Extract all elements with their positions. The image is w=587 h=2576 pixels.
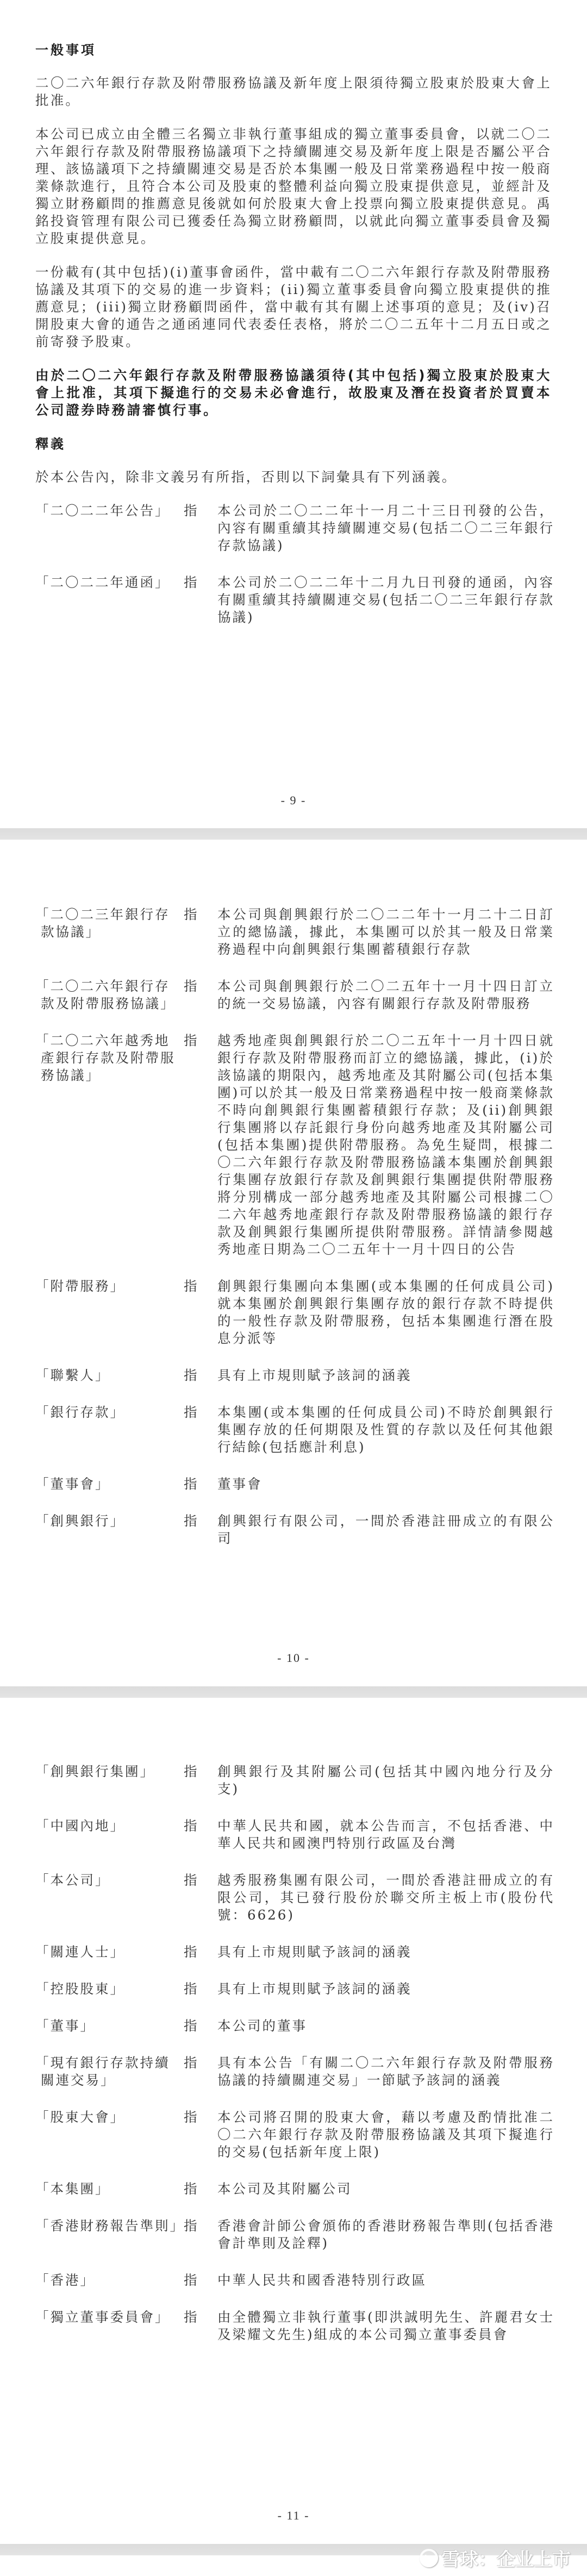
definition-text: 本公司與創興銀行於二〇二五年十一月十四日訂立的統一交易協議，內容有關銀行存款及附… <box>217 978 554 1012</box>
definition-row: 「香港」 指 中華人民共和國香港特別行政區 <box>35 2272 552 2289</box>
page-divider <box>0 1686 587 1698</box>
definition-term-text: 「二〇二二年公告」 <box>35 502 181 520</box>
document-page-11: 「創興銀行集團」 指 創興銀行及其附屬公司(包括其中國內地分行及分支) 「中國內… <box>0 1698 587 2544</box>
definition-row: 「銀行存款」 指 本集團(或本集團的任何成員公司)不時於創興銀行集團存放的任何期… <box>35 1404 552 1456</box>
definition-means: 指 <box>181 2217 217 2252</box>
definition-text: 具有上市規則賦予該詞的涵義 <box>217 1943 554 1961</box>
definition-row: 「董事會」 指 董事會 <box>35 1475 552 1493</box>
definition-term: 「中國內地」 <box>35 1817 181 1852</box>
definition-term-text: 「中國內地」 <box>35 1817 181 1835</box>
definition-row: 「中國內地」 指 中華人民共和國，就本公告而言，不包括香港、中華人民共和國澳門特… <box>35 1817 552 1852</box>
definition-text: 中華人民共和國香港特別行政區 <box>217 2272 554 2289</box>
definition-text: 中華人民共和國，就本公告而言，不包括香港、中華人民共和國澳門特別行政區及台灣 <box>217 1817 554 1852</box>
document-page-10: 「二〇二三年銀行存款協議」 指 本公司與創興銀行於二〇二二年十一月二十二日訂立的… <box>0 840 587 1686</box>
definition-text: 董事會 <box>217 1475 554 1493</box>
definition-row: 「現有銀行存款持續關連交易」 指 具有本公告「有關二〇二六年銀行存款及附帶服務協… <box>35 2054 552 2089</box>
definition-row: 「二〇二二年公告」 指 本公司於二〇二二年十一月二十三日刊發的公告，內容有關重續… <box>35 502 552 554</box>
definition-term: 「控股股東」 <box>35 1980 181 1998</box>
watermark-text: 雪球：企业上市 <box>441 2544 571 2571</box>
definition-term: 「二〇二六年銀行存款及附帶服務協議」 <box>35 978 181 1012</box>
paragraph-independent-board-committee: 本公司已成立由全體三名獨立非執行董事組成的獨立董事委員會，以就二〇二六年銀行存款… <box>35 126 552 247</box>
document-page-9: 一般事項 二〇二六年銀行存款及附帶服務協議及新年度上限須待獨立股東於股東大會上批… <box>0 0 587 828</box>
page-11-content: 「創興銀行集團」 指 創興銀行及其附屬公司(包括其中國內地分行及分支) 「中國內… <box>35 1763 552 2343</box>
definition-text: 香港會計師公會頒佈的香港財務報告準則(包括香港會計準則及詮釋) <box>217 2217 554 2252</box>
definition-term: 「銀行存款」 <box>35 1404 181 1456</box>
definition-row: 「本集團」 指 本公司及其附屬公司 <box>35 2180 552 2198</box>
definition-term: 「股東大會」 <box>35 2109 181 2161</box>
definition-term-text: 「創興銀行」 <box>35 1512 181 1530</box>
page-number: - 10 - <box>0 1651 587 1665</box>
definition-row: 「二〇二六年銀行存款及附帶服務協議」 指 本公司與創興銀行於二〇二五年十一月十四… <box>35 978 552 1012</box>
definition-term-text: 「二〇二二年通函」 <box>35 574 181 591</box>
watermark: 雪球：企业上市 <box>420 2544 571 2571</box>
page-9-content: 一般事項 二〇二六年銀行存款及附帶服務協議及新年度上限須待獨立股東於股東大會上批… <box>35 41 552 626</box>
definition-means: 指 <box>181 978 217 1012</box>
definition-term: 「附帶服務」 <box>35 1278 181 1347</box>
definition-means: 指 <box>181 1512 217 1547</box>
paragraph-approval-required: 二〇二六年銀行存款及附帶服務協議及新年度上限須待獨立股東於股東大會上批准。 <box>35 74 552 109</box>
definition-means: 指 <box>181 1367 217 1384</box>
definition-means: 指 <box>181 502 217 554</box>
definitions-list: 「二〇二二年公告」 指 本公司於二〇二二年十一月二十三日刊發的公告，內容有關重續… <box>35 502 552 626</box>
definition-means: 指 <box>181 2272 217 2289</box>
definition-means: 指 <box>181 2109 217 2161</box>
definition-term-text: 「香港財務報告準則」 <box>35 2217 181 2235</box>
definition-term: 「聯繫人」 <box>35 1367 181 1384</box>
definition-term-text: 「獨立董事委員會」 <box>35 2309 181 2326</box>
definition-means: 指 <box>181 1872 217 1924</box>
heading-definitions: 釋義 <box>35 435 552 453</box>
definition-row: 「創興銀行集團」 指 創興銀行及其附屬公司(包括其中國內地分行及分支) <box>35 1763 552 1798</box>
definition-row: 「股東大會」 指 本公司將召開的股東大會，藉以考慮及酌情批准二〇二六年銀行存款及… <box>35 2109 552 2161</box>
definition-term: 「創興銀行集團」 <box>35 1763 181 1798</box>
page-divider <box>0 828 587 840</box>
definition-text: 本公司與創興銀行於二〇二二年十一月二十二日訂立的總協議，據此，本集團可以於其一般… <box>217 906 554 958</box>
definition-term: 「二〇二二年公告」 <box>35 502 181 554</box>
definition-term-text: 「股東大會」 <box>35 2109 181 2126</box>
definition-term: 「本公司」 <box>35 1872 181 1924</box>
definition-text: 本集團(或本集團的任何成員公司)不時於創興銀行集團存放的任何期限及性質的存款以及… <box>217 1404 554 1456</box>
definition-term-text: 「本集團」 <box>35 2180 181 2198</box>
definition-means: 指 <box>181 2309 217 2343</box>
definitions-list: 「二〇二三年銀行存款協議」 指 本公司與創興銀行於二〇二二年十一月二十二日訂立的… <box>35 906 552 1547</box>
definition-row: 「二〇二三年銀行存款協議」 指 本公司與創興銀行於二〇二二年十一月二十二日訂立的… <box>35 906 552 958</box>
definition-term: 「二〇二六年越秀地產銀行存款及附帶服務協議」 <box>35 1032 181 1258</box>
definitions-intro: 於本公告內，除非文義另有所指，否則以下詞彙具有下列涵義。 <box>35 468 552 486</box>
definition-term-text: 「董事會」 <box>35 1475 181 1493</box>
definition-means: 指 <box>181 1943 217 1961</box>
definition-means: 指 <box>181 906 217 958</box>
definition-term-text: 「附帶服務」 <box>35 1278 181 1295</box>
definition-term-text: 「董事」 <box>35 2017 181 2035</box>
definition-row: 「獨立董事委員會」 指 由全體獨立非執行董事(即洪誠明先生、許麗君女士及梁耀文先… <box>35 2309 552 2343</box>
paragraph-caution-warning: 由於二〇二六年銀行存款及附帶服務協議須待(其中包括)獨立股東於股東大會上批准，其… <box>35 367 552 419</box>
definition-means: 指 <box>181 1278 217 1347</box>
definition-term: 「董事」 <box>35 2017 181 2035</box>
definition-text: 由全體獨立非執行董事(即洪誠明先生、許麗君女士及梁耀文先生)組成的本公司獨立董事… <box>217 2309 554 2343</box>
definition-term-text: 「聯繫人」 <box>35 1367 181 1384</box>
definition-text: 創興銀行集團向本集團(或本集團的任何成員公司)就本集團於創興銀行集團存放的銀行存… <box>217 1278 554 1347</box>
page-number: - 9 - <box>0 793 587 808</box>
definition-text: 創興銀行有限公司，一間於香港註冊成立的有限公司 <box>217 1512 554 1547</box>
definition-row: 「本公司」 指 越秀服務集團有限公司，一間於香港註冊成立的有限公司，其已發行股份… <box>35 1872 552 1924</box>
definition-row: 「二〇二二年通函」 指 本公司於二〇二二年十二月九日刊發的通函，內容有關重續其持… <box>35 574 552 626</box>
definition-row: 「關連人士」 指 具有上市規則賦予該詞的涵義 <box>35 1943 552 1961</box>
definition-means: 指 <box>181 2054 217 2089</box>
definition-means: 指 <box>181 1817 217 1852</box>
definition-term-text: 「二〇二六年銀行存款及附帶服務協議」 <box>35 978 181 1012</box>
definition-term: 「香港財務報告準則」 <box>35 2217 181 2252</box>
definition-text: 本公司及其附屬公司 <box>217 2180 554 2198</box>
definition-term: 「二〇二二年通函」 <box>35 574 181 626</box>
definition-text: 創興銀行及其附屬公司(包括其中國內地分行及分支) <box>217 1763 554 1798</box>
definition-row: 「控股股東」 指 具有上市規則賦予該詞的涵義 <box>35 1980 552 1998</box>
definition-row: 「聯繫人」 指 具有上市規則賦予該詞的涵義 <box>35 1367 552 1384</box>
definition-row: 「香港財務報告準則」 指 香港會計師公會頒佈的香港財務報告準則(包括香港會計準則… <box>35 2217 552 2252</box>
definition-row: 「創興銀行」 指 創興銀行有限公司，一間於香港註冊成立的有限公司 <box>35 1512 552 1547</box>
definition-term: 「香港」 <box>35 2272 181 2289</box>
definition-means: 指 <box>181 1763 217 1798</box>
definition-term: 「董事會」 <box>35 1475 181 1493</box>
definition-term-text: 「關連人士」 <box>35 1943 181 1961</box>
xueqiu-logo-icon <box>420 2549 438 2567</box>
definition-term-text: 「現有銀行存款持續關連交易」 <box>35 2054 181 2089</box>
definition-row: 「董事」 指 本公司的董事 <box>35 2017 552 2035</box>
definition-text: 本公司於二〇二二年十一月二十三日刊發的公告，內容有關重續其持續關連交易(包括二〇… <box>217 502 554 554</box>
definition-text: 本公司的董事 <box>217 2017 554 2035</box>
definition-term: 「二〇二三年銀行存款協議」 <box>35 906 181 958</box>
definition-term-text: 「二〇二三年銀行存款協議」 <box>35 906 181 941</box>
definition-row: 「附帶服務」 指 創興銀行集團向本集團(或本集團的任何成員公司)就本集團於創興銀… <box>35 1278 552 1347</box>
definition-text: 本公司將召開的股東大會，藉以考慮及酌情批准二〇二六年銀行存款及附帶服務協議及其項… <box>217 2109 554 2161</box>
definition-means: 指 <box>181 574 217 626</box>
definition-text: 具有上市規則賦予該詞的涵義 <box>217 1980 554 1998</box>
definition-means: 指 <box>181 1475 217 1493</box>
definition-term-text: 「本公司」 <box>35 1872 181 1889</box>
definition-means: 指 <box>181 1032 217 1258</box>
definition-term-text: 「創興銀行集團」 <box>35 1763 181 1780</box>
definition-text: 本公司於二〇二二年十二月九日刊發的通函，內容有關重續其持續關連交易(包括二〇二三… <box>217 574 554 626</box>
definition-term-text: 「控股股東」 <box>35 1980 181 1998</box>
definition-term: 「現有銀行存款持續關連交易」 <box>35 2054 181 2089</box>
definition-term: 「本集團」 <box>35 2180 181 2198</box>
definition-text: 具有上市規則賦予該詞的涵義 <box>217 1367 554 1384</box>
definition-row: 「二〇二六年越秀地產銀行存款及附帶服務協議」 指 越秀地產與創興銀行於二〇二五年… <box>35 1032 552 1258</box>
definition-term-text: 「香港」 <box>35 2272 181 2289</box>
definition-term: 「創興銀行」 <box>35 1512 181 1547</box>
definition-term-text: 「銀行存款」 <box>35 1404 181 1421</box>
definition-text: 越秀服務集團有限公司，一間於香港註冊成立的有限公司，其已發行股份於聯交所主板上市… <box>217 1872 554 1924</box>
page-number: - 11 - <box>0 2509 587 2523</box>
definition-means: 指 <box>181 1980 217 1998</box>
paragraph-circular-dispatch: 一份載有(其中包括)(i)董事會函件，當中載有二〇二六年銀行存款及附帶服務協議及… <box>35 264 552 351</box>
definitions-list: 「創興銀行集團」 指 創興銀行及其附屬公司(包括其中國內地分行及分支) 「中國內… <box>35 1763 552 2343</box>
definition-term-text: 「二〇二六年越秀地產銀行存款及附帶服務協議」 <box>35 1032 181 1084</box>
definition-term: 「獨立董事委員會」 <box>35 2309 181 2343</box>
definition-text: 越秀地產與創興銀行於二〇二五年十一月十四日就銀行存款及附帶服務而訂立的總協議，據… <box>217 1032 554 1258</box>
definition-means: 指 <box>181 1404 217 1456</box>
definition-term: 「關連人士」 <box>35 1943 181 1961</box>
definition-means: 指 <box>181 2017 217 2035</box>
definition-means: 指 <box>181 2180 217 2198</box>
page-10-content: 「二〇二三年銀行存款協議」 指 本公司與創興銀行於二〇二二年十一月二十二日訂立的… <box>35 906 552 1547</box>
definition-text: 具有本公告「有關二〇二六年銀行存款及附帶服務協議的持續關連交易」一節賦予該詞的涵… <box>217 2054 554 2089</box>
heading-general-matters: 一般事項 <box>35 41 552 59</box>
